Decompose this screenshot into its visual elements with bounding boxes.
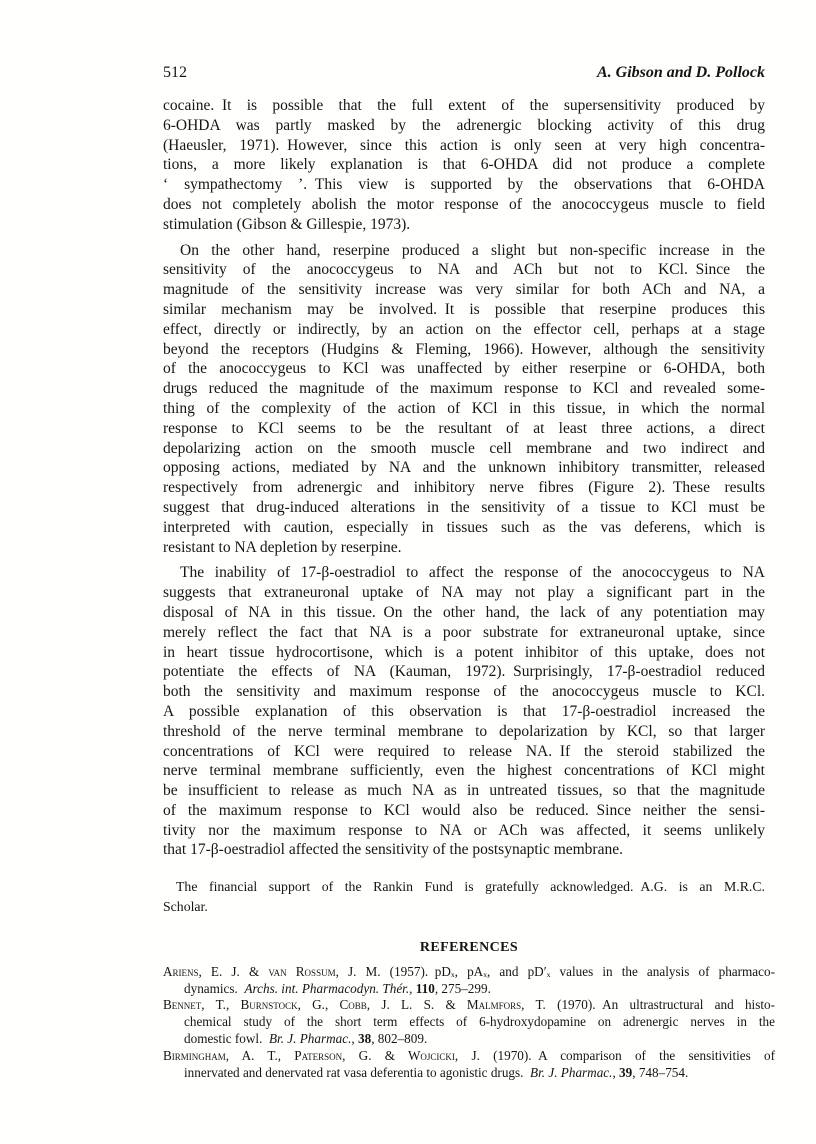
body-line: effect, directly or indirectly, by an ac…	[163, 320, 765, 340]
body-line: (Haeusler, 1971). However, since this ac…	[163, 136, 765, 156]
reference-line: Ariens, E. J. & van Rossum, J. M. (1957)…	[163, 964, 775, 981]
body-line: respectively from adrenergic and inhibit…	[163, 478, 765, 498]
reference-text: (1970). An ultrastructural and histo-	[546, 997, 775, 1012]
body-line: that 17-β-oestradiol affected the sensit…	[163, 840, 765, 860]
reference-text: 38	[358, 1031, 371, 1046]
reference-item: Ariens, E. J. & van Rossum, J. M. (1957)…	[163, 964, 775, 998]
body-line: opposing actions, mediated by NA and the…	[163, 458, 765, 478]
reference-authors: Birmingham, A. T., Paterson, G. & Wojcic…	[163, 1048, 480, 1063]
body-line: tions, a more likely explanation is that…	[163, 155, 765, 175]
body-line: On the other hand, reserpine produced a …	[163, 241, 765, 261]
body-line: sensitivity of the anococcygeus to NA an…	[163, 260, 765, 280]
body-line: drugs reduced the magnitude of the maxim…	[163, 379, 765, 399]
body-line: of the anococcygeus to KCl was unaffecte…	[163, 359, 765, 379]
reference-text: innervated and denervated rat vasa defer…	[184, 1065, 530, 1080]
body-line: depolarizing action on the smooth muscle…	[163, 439, 765, 459]
body-line: 6-OHDA was partly masked by the adrenerg…	[163, 116, 765, 136]
reference-text: 39	[619, 1065, 632, 1080]
reference-text: dynamics.	[184, 981, 244, 996]
reference-text: Br. J. Pharmac.	[530, 1065, 612, 1080]
body-line: The inability of 17-β-oestradiol to affe…	[163, 563, 765, 583]
reference-line: Birmingham, A. T., Paterson, G. & Wojcic…	[163, 1048, 775, 1065]
reference-authors: Bennet, T., Burnstock, G., Cobb, J. L. S…	[163, 997, 546, 1012]
page: 512 A. Gibson and D. Pollock cocaine. It…	[0, 0, 816, 1144]
body-line: similar mechanism may be involved. It is…	[163, 300, 765, 320]
reference-text: ,	[409, 981, 416, 996]
reference-text: Br. J. Pharmac.	[269, 1031, 351, 1046]
references-section: REFERENCES Ariens, E. J. & van Rossum, J…	[163, 940, 775, 1081]
reference-line: innervated and denervated rat vasa defer…	[163, 1065, 775, 1082]
page-number: 512	[163, 63, 187, 83]
references-heading: REFERENCES	[163, 940, 775, 957]
body-line: cocaine. It is possible that the full ex…	[163, 96, 765, 116]
body-line: potentiate the effects of NA (Kauman, 19…	[163, 662, 765, 682]
reference-text: (1970). A comparison of the sensitivitie…	[480, 1048, 775, 1063]
reference-line: dynamics. Archs. int. Pharmacodyn. Thér.…	[163, 981, 775, 998]
body-line: tivity nor the maximum response to NA or…	[163, 821, 765, 841]
body-line: merely reflect the fact that NA is a poo…	[163, 623, 765, 643]
body-text: cocaine. It is possible that the full ex…	[163, 96, 765, 860]
page-header: 512 A. Gibson and D. Pollock	[163, 63, 765, 83]
body-line: concentrations of KCl were required to r…	[163, 742, 765, 762]
reference-line: Bennet, T., Burnstock, G., Cobb, J. L. S…	[163, 997, 775, 1014]
body-line: suggest that drug-induced alterations in…	[163, 498, 765, 518]
reference-text: , 802–809.	[371, 1031, 427, 1046]
body-line: response to KCl seems to be the resultan…	[163, 419, 765, 439]
body-line: stimulation (Gibson & Gillespie, 1973).	[163, 215, 765, 235]
reference-text: , 748–754.	[632, 1065, 688, 1080]
reference-text: , 275–299.	[435, 981, 491, 996]
body-line: thing of the complexity of the action of…	[163, 399, 765, 419]
reference-list: Ariens, E. J. & van Rossum, J. M. (1957)…	[163, 964, 775, 1082]
body-line: disposal of NA in this tissue. On the ot…	[163, 603, 765, 623]
acknowledgment-line: Scholar.	[163, 897, 765, 917]
body-line: ‘ sympathectomy ’. This view is supporte…	[163, 175, 765, 195]
reference-item: Bennet, T., Burnstock, G., Cobb, J. L. S…	[163, 997, 775, 1047]
acknowledgment-line: The financial support of the Rankin Fund…	[163, 877, 765, 897]
body-line: A possible explanation of this observati…	[163, 702, 765, 722]
paragraph: The inability of 17-β-oestradiol to affe…	[163, 563, 765, 860]
body-line: beyond the receptors (Hudgins & Fleming,…	[163, 340, 765, 360]
reference-text: (1957). pDₓ, pAₓ, and pD′ₓ values in the…	[381, 964, 775, 979]
reference-text: Archs. int. Pharmacodyn. Thér.	[244, 981, 409, 996]
reference-line: chemical study of the short term effects…	[163, 1014, 775, 1031]
body-line: both the sensitivity and maximum respons…	[163, 682, 765, 702]
reference-text: 110	[416, 981, 435, 996]
running-head: A. Gibson and D. Pollock	[597, 63, 765, 83]
reference-line: domestic fowl. Br. J. Pharmac., 38, 802–…	[163, 1031, 775, 1048]
body-line: suggests that extraneuronal uptake of NA…	[163, 583, 765, 603]
reference-authors: Ariens, E. J. & van Rossum, J. M.	[163, 964, 381, 979]
body-line: be insufficient to release as much NA as…	[163, 781, 765, 801]
body-line: does not completely abolish the motor re…	[163, 195, 765, 215]
reference-text: ,	[351, 1031, 358, 1046]
reference-item: Birmingham, A. T., Paterson, G. & Wojcic…	[163, 1048, 775, 1082]
body-line: resistant to NA depletion by reserpine.	[163, 538, 765, 558]
reference-text: domestic fowl.	[184, 1031, 269, 1046]
reference-text: chemical study of the short term effects…	[184, 1014, 775, 1029]
body-line: of the maximum response to KCl would als…	[163, 801, 765, 821]
body-line: in heart tissue hydrocortisone, which is…	[163, 643, 765, 663]
acknowledgment: The financial support of the Rankin Fund…	[163, 877, 765, 916]
body-line: threshold of the nerve terminal membrane…	[163, 722, 765, 742]
body-line: interpreted with caution, especially in …	[163, 518, 765, 538]
body-line: nerve terminal membrane sufficiently, ev…	[163, 761, 765, 781]
body-line: magnitude of the sensitivity increase wa…	[163, 280, 765, 300]
paragraph: On the other hand, reserpine produced a …	[163, 241, 765, 558]
paragraph: cocaine. It is possible that the full ex…	[163, 96, 765, 235]
